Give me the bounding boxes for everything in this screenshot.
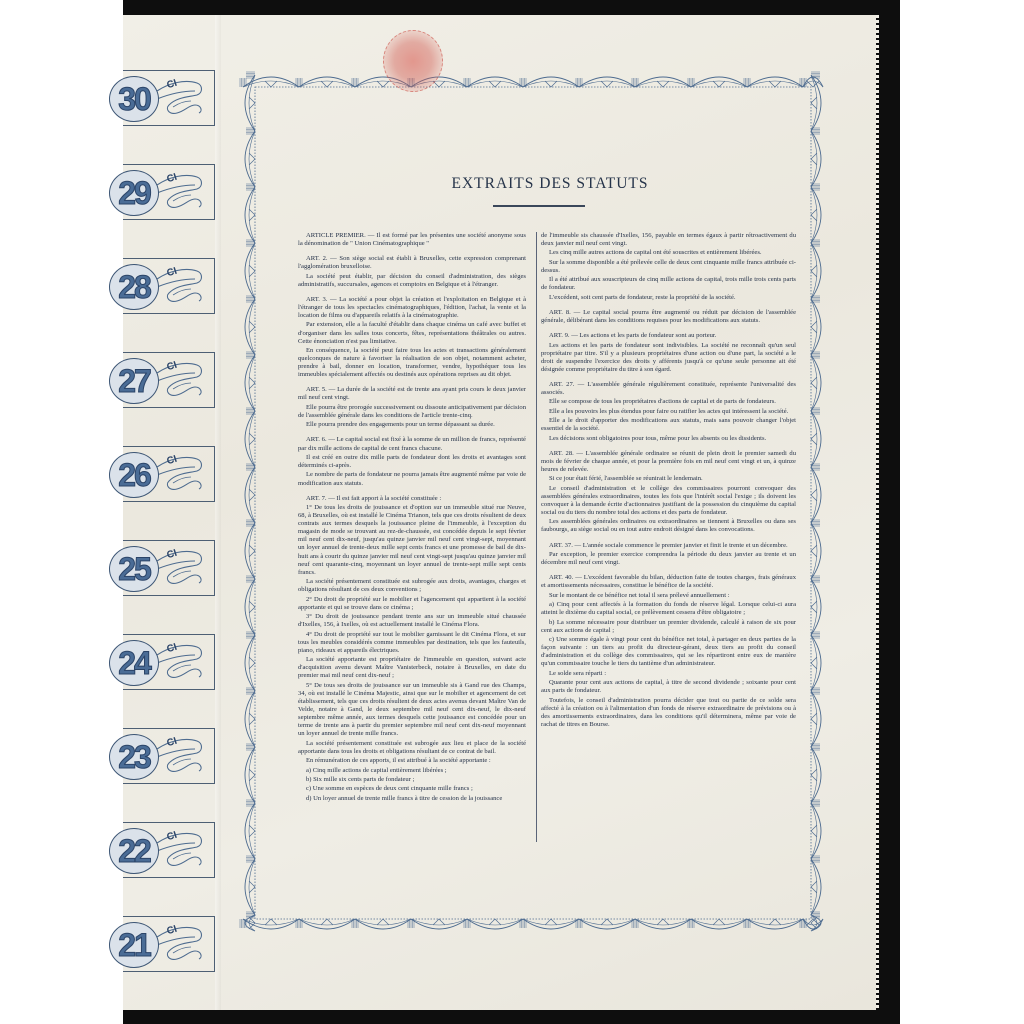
statute-paragraph: Le solde sera réparti : xyxy=(541,670,796,678)
statute-paragraph: d) Un loyer annuel de trente mille franc… xyxy=(298,795,526,803)
coupon-number: 26 xyxy=(109,452,159,498)
perforated-edge xyxy=(876,15,879,1010)
statute-paragraph: La société présentement constituée est s… xyxy=(298,740,526,756)
dividend-coupon: 25CI xyxy=(123,540,215,596)
statute-paragraph: Si ce jour était férié, l'assemblée se r… xyxy=(541,475,796,483)
article-heading-paragraph: ART. 28. — L'assemblée générale ordinair… xyxy=(541,450,796,474)
statute-paragraph: Les cinq mille autres actions de capital… xyxy=(541,249,796,257)
dividend-coupon: 27CI xyxy=(123,352,215,408)
red-seal-stamp xyxy=(383,30,443,92)
ribbon-icon xyxy=(155,829,207,871)
statutes-column-left: ARTICLE PREMIER. — Il est formé par les … xyxy=(298,232,526,804)
article-heading-paragraph: ART. 37. — L'année sociale commence le p… xyxy=(541,542,796,550)
article-heading-paragraph: ARTICLE PREMIER. — Il est formé par les … xyxy=(298,232,526,248)
article-heading-paragraph: ART. 3. — La société a pour objet la cré… xyxy=(298,296,526,320)
statute-paragraph: Les décisions sont obligatoires pour tou… xyxy=(541,435,796,443)
coupon-number: 21 xyxy=(109,922,159,968)
coupon-number: 25 xyxy=(109,546,159,592)
ribbon-icon xyxy=(155,453,207,495)
statute-paragraph: Par extension, elle a la faculté d'établ… xyxy=(298,321,526,345)
dividend-coupon: 26CI xyxy=(123,446,215,502)
ribbon-icon xyxy=(155,735,207,777)
article-heading-paragraph: ART. 2. — Son siège social est établi à … xyxy=(298,255,526,271)
ribbon-icon xyxy=(155,923,207,965)
coupon-number: 28 xyxy=(109,264,159,310)
statute-paragraph: 5° De tous ses droits de jouissance sur … xyxy=(298,682,526,739)
statute-paragraph: 3° Du droit de jouissance pendant trente… xyxy=(298,613,526,629)
statute-paragraph: En rémunération de ces apports, il est a… xyxy=(298,757,526,765)
article-heading-paragraph: ART. 5. — La durée de la société est de … xyxy=(298,386,526,402)
dividend-coupon: 28CI xyxy=(123,258,215,314)
dividend-coupon: 29CI xyxy=(123,164,215,220)
statute-paragraph: Il est créé en outre dix mille parts de … xyxy=(298,454,526,470)
statute-paragraph: Elle a le droit d'apporter des modificat… xyxy=(541,417,796,433)
statute-paragraph: En conséquence, la société peut faire to… xyxy=(298,347,526,379)
ribbon-icon xyxy=(155,547,207,589)
statute-paragraph: b) Six mille six cents parts de fondateu… xyxy=(298,776,526,784)
statute-paragraph: Elle pourra prendre des engagements pour… xyxy=(298,421,526,429)
coupon-number: 24 xyxy=(109,640,159,686)
statute-paragraph: 2° Du droit de propriété sur le mobilier… xyxy=(298,596,526,612)
dividend-coupon: 23CI xyxy=(123,728,215,784)
article-heading-paragraph: ART. 8. — Le capital social pourra être … xyxy=(541,309,796,325)
title-underline xyxy=(493,205,585,207)
statute-paragraph: Elle se compose de tous les propriétaire… xyxy=(541,398,796,406)
article-heading-paragraph: ART. 6. — Le capital social est fixé à l… xyxy=(298,436,526,452)
statute-paragraph: Sur la somme disponible a été prélevée c… xyxy=(541,259,796,275)
statute-paragraph: La société apportante est propriétaire d… xyxy=(298,656,526,680)
coupon-perforation-line xyxy=(215,15,221,1010)
statute-paragraph: Sur le montant de ce bénéfice net total … xyxy=(541,592,796,600)
statute-paragraph: a) Cinq mille actions de capital entière… xyxy=(298,767,526,775)
statute-paragraph: Elle a les pouvoirs les plus étendus pou… xyxy=(541,408,796,416)
coupon-number: 29 xyxy=(109,170,159,216)
statute-paragraph: Les assemblées générales ordinaires ou e… xyxy=(541,518,796,534)
statute-paragraph: Quarante pour cent aux actions de capita… xyxy=(541,679,796,695)
statute-paragraph: de l'immeuble sis chaussée d'Ixelles, 15… xyxy=(541,232,796,248)
dividend-coupon: 24CI xyxy=(123,634,215,690)
statute-paragraph: La société peut établir, par décision du… xyxy=(298,273,526,289)
statute-paragraph: Toutefois, le conseil d'administration p… xyxy=(541,697,796,729)
statute-paragraph: Il a été attribué aux souscripteurs de c… xyxy=(541,276,796,292)
column-divider xyxy=(536,232,537,842)
document-title: EXTRAITS DES STATUTS xyxy=(400,175,700,193)
statute-paragraph: L'excédent, soit cent parts de fondateur… xyxy=(541,294,796,302)
statute-paragraph: Elle pourra être prorogée successivement… xyxy=(298,404,526,420)
statute-paragraph: b) La somme nécessaire pour distribuer u… xyxy=(541,619,796,635)
article-heading-paragraph: ART. 27. — L'assemblée générale régulièr… xyxy=(541,381,796,397)
statute-paragraph: Le conseil d'administration et le collèg… xyxy=(541,485,796,517)
statute-paragraph: c) Une somme en espèces de deux cent cin… xyxy=(298,785,526,793)
statute-paragraph: 1° De tous les droits de jouissance et d… xyxy=(298,504,526,577)
statute-paragraph: Par exception, le premier exercice compr… xyxy=(541,551,796,567)
coupon-number: 27 xyxy=(109,358,159,404)
statutes-column-right: de l'immeuble sis chaussée d'Ixelles, 15… xyxy=(541,232,796,730)
article-heading-paragraph: ART. 7. — Il est fait apport à la sociét… xyxy=(298,495,526,503)
coupon-number: 23 xyxy=(109,734,159,780)
ribbon-icon xyxy=(155,359,207,401)
dividend-coupon: 22CI xyxy=(123,822,215,878)
ribbon-icon xyxy=(155,77,207,119)
dividend-coupon: 30CI xyxy=(123,70,215,126)
article-heading-paragraph: ART. 40. — L'excédent favorable du bilan… xyxy=(541,574,796,590)
ribbon-icon xyxy=(155,265,207,307)
statute-paragraph: La société présentement constituée est s… xyxy=(298,578,526,594)
ribbon-icon xyxy=(155,171,207,213)
coupon-number: 30 xyxy=(109,76,159,122)
statute-paragraph: a) Cinq pour cent affectés à la formatio… xyxy=(541,601,796,617)
coupon-number: 22 xyxy=(109,828,159,874)
ribbon-icon xyxy=(155,641,207,683)
statute-paragraph: Les actions et les parts de fondateur so… xyxy=(541,342,796,374)
statute-paragraph: 4° Du droit de propriété sur tout le mob… xyxy=(298,631,526,655)
statute-paragraph: Le nombre de parts de fondateur ne pourr… xyxy=(298,471,526,487)
statute-paragraph: c) Une somme égale à vingt pour cent du … xyxy=(541,636,796,668)
dividend-coupon: 21CI xyxy=(123,916,215,972)
article-heading-paragraph: ART. 9. — Les actions et les parts de fo… xyxy=(541,332,796,340)
